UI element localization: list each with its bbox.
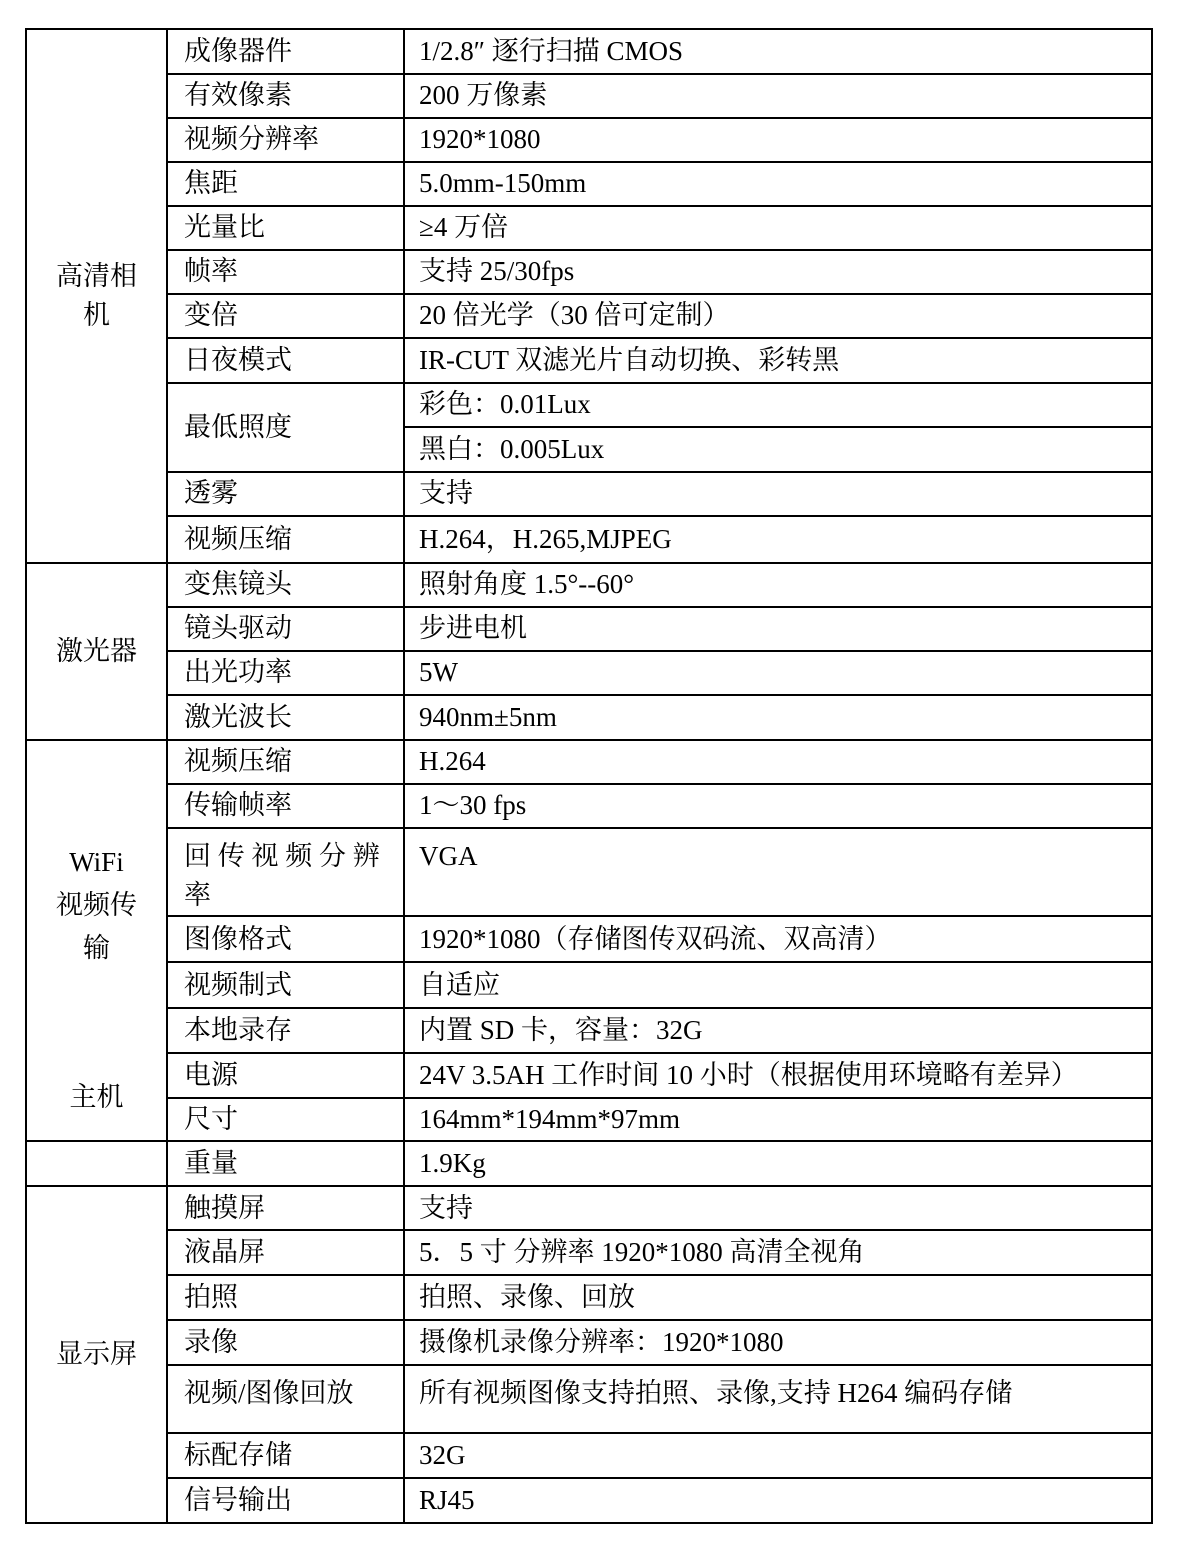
spec-label-cell: 透雾 [167,472,404,516]
spec-label-cell: 光量比 [167,206,404,250]
spec-value-cell: ≥4 万倍 [404,206,1152,250]
table-row: 显示屏 触摸屏 支持 [26,1186,1152,1230]
spec-value-cell: 1/2.8″ 逐行扫描 CMOS [404,29,1152,74]
spec-label-cell: 触摸屏 [167,1186,404,1230]
spec-label-cell: 液晶屏 [167,1230,404,1275]
spec-label-cell: 回 传 视 频 分 辨 率 [167,828,404,916]
spec-value-cell: 黑白：0.005Lux [404,427,1152,472]
spec-value-cell: 24V 3.5AH 工作时间 10 小时（根据使用环境略有差异） [404,1053,1152,1098]
spec-value-cell: 步进电机 [404,607,1152,651]
spec-label-cell: 视频分辨率 [167,118,404,162]
category-cell: WiFi 视频传 输主机 [26,740,167,1141]
table-row: 电源 24V 3.5AH 工作时间 10 小时（根据使用环境略有差异） [26,1053,1152,1098]
spec-value-cell: 内置 SD 卡，容量：32G [404,1008,1152,1053]
spec-value-cell: 照射角度 1.5°--60° [404,563,1152,607]
spec-label-cell: 出光功率 [167,651,404,695]
spec-value-cell: 200 万像素 [404,74,1152,118]
spec-value-cell: 支持 25/30fps [404,250,1152,294]
spec-value-cell: 1920*1080（存储图传双码流、双高清） [404,916,1152,962]
table-row: 信号输出 RJ45 [26,1478,1152,1523]
table-row: 焦距 5.0mm-150mm [26,162,1152,206]
spec-label-cell: 本地录存 [167,1008,404,1053]
spec-label-cell: 重量 [167,1141,404,1186]
spec-value-cell: 支持 [404,1186,1152,1230]
spec-label-cell: 视频压缩 [167,740,404,784]
spec-value-cell: H.264 [404,740,1152,784]
spec-value-cell: 自适应 [404,962,1152,1008]
spec-label-cell: 成像器件 [167,29,404,74]
table-row: 视频分辨率 1920*1080 [26,118,1152,162]
table-row: 传输帧率 1～30 fps [26,784,1152,828]
table-row: 本地录存 内置 SD 卡，容量：32G [26,1008,1152,1053]
spec-label-cell: 最低照度 [167,383,404,472]
category-label: WiFi 视频传 输 [27,841,166,970]
table-row: WiFi 视频传 输主机 视频压缩 H.264 [26,740,1152,784]
spec-value-cell: RJ45 [404,1478,1152,1523]
spec-label-cell: 变焦镜头 [167,563,404,607]
spec-value-cell: 支持 [404,472,1152,516]
spec-value-cell: VGA [404,828,1152,916]
table-row: 视频/图像回放 所有视频图像支持拍照、录像,支持 H264 编码存储 [26,1365,1152,1433]
table-row: 激光器 变焦镜头 照射角度 1.5°--60° [26,563,1152,607]
table-row: 重量 1.9Kg [26,1141,1152,1186]
spec-label-cell: 标配存储 [167,1433,404,1478]
spec-label-cell: 激光波长 [167,695,404,740]
table-row: 录像 摄像机录像分辨率：1920*1080 [26,1320,1152,1365]
spec-value-cell: 32G [404,1433,1152,1478]
spec-label-cell: 视频/图像回放 [167,1365,404,1433]
spec-value-cell: 所有视频图像支持拍照、录像,支持 H264 编码存储 [404,1365,1152,1433]
table-row: 日夜模式 IR-CUT 双滤光片自动切换、彩转黑 [26,338,1152,383]
spec-label-cell: 传输帧率 [167,784,404,828]
spec-label-cell: 焦距 [167,162,404,206]
category-cell: 显示屏 [26,1186,167,1523]
spec-label-cell: 日夜模式 [167,338,404,383]
table-row: 高清相 机 成像器件 1/2.8″ 逐行扫描 CMOS [26,29,1152,74]
category-label: 主机 [27,1076,166,1119]
table-row: 变倍 20 倍光学（30 倍可定制） [26,294,1152,338]
spec-value-cell: 彩色：0.01Lux [404,383,1152,427]
spec-value-cell: 1～30 fps [404,784,1152,828]
spec-label-cell: 信号输出 [167,1478,404,1523]
spec-label-cell: 拍照 [167,1275,404,1320]
spec-label-cell: 帧率 [167,250,404,294]
spec-label-cell: 电源 [167,1053,404,1098]
spec-value-cell: 940nm±5nm [404,695,1152,740]
table-row: 出光功率 5W [26,651,1152,695]
table-row: 有效像素 200 万像素 [26,74,1152,118]
spec-value-cell: 5W [404,651,1152,695]
table-row: 视频制式 自适应 [26,962,1152,1008]
spec-label-cell: 图像格式 [167,916,404,962]
table-row: 镜头驱动 步进电机 [26,607,1152,651]
page: 高清相 机 成像器件 1/2.8″ 逐行扫描 CMOS 有效像素 200 万像素… [0,0,1179,1550]
table-row: 透雾 支持 [26,472,1152,516]
spec-table: 高清相 机 成像器件 1/2.8″ 逐行扫描 CMOS 有效像素 200 万像素… [25,28,1153,1524]
spec-value-cell: 164mm*194mm*97mm [404,1098,1152,1141]
spec-label-cell: 视频制式 [167,962,404,1008]
spec-value-cell: H.264，H.265,MJPEG [404,516,1152,563]
spec-value-cell: 5.0mm-150mm [404,162,1152,206]
category-cell: 激光器 [26,563,167,740]
table-row: 回 传 视 频 分 辨 率 VGA [26,828,1152,916]
spec-value-cell: 1920*1080 [404,118,1152,162]
table-row: 标配存储 32G [26,1433,1152,1478]
table-row: 激光波长 940nm±5nm [26,695,1152,740]
table-row: 尺寸 164mm*194mm*97mm [26,1098,1152,1141]
spec-table-body: 高清相 机 成像器件 1/2.8″ 逐行扫描 CMOS 有效像素 200 万像素… [26,29,1152,1523]
spec-value-cell: 拍照、录像、回放 [404,1275,1152,1320]
table-row: 图像格式 1920*1080（存储图传双码流、双高清） [26,916,1152,962]
spec-label-cell: 录像 [167,1320,404,1365]
spec-label-cell: 镜头驱动 [167,607,404,651]
spec-value-cell: 5．5 寸 分辨率 1920*1080 高清全视角 [404,1230,1152,1275]
spec-label-cell: 有效像素 [167,74,404,118]
table-row: 帧率 支持 25/30fps [26,250,1152,294]
category-cell: 高清相 机 [26,29,167,563]
spec-label-cell: 变倍 [167,294,404,338]
table-row: 最低照度 彩色：0.01Lux [26,383,1152,427]
spec-label-cell: 视频压缩 [167,516,404,563]
spec-value-cell: 1.9Kg [404,1141,1152,1186]
spec-value-cell: IR-CUT 双滤光片自动切换、彩转黑 [404,338,1152,383]
category-cell [26,1141,167,1186]
table-row: 光量比 ≥4 万倍 [26,206,1152,250]
spec-label-cell: 尺寸 [167,1098,404,1141]
table-row: 拍照 拍照、录像、回放 [26,1275,1152,1320]
table-row: 视频压缩 H.264，H.265,MJPEG [26,516,1152,563]
spec-value-cell: 摄像机录像分辨率：1920*1080 [404,1320,1152,1365]
spec-value-cell: 20 倍光学（30 倍可定制） [404,294,1152,338]
table-row: 液晶屏 5．5 寸 分辨率 1920*1080 高清全视角 [26,1230,1152,1275]
